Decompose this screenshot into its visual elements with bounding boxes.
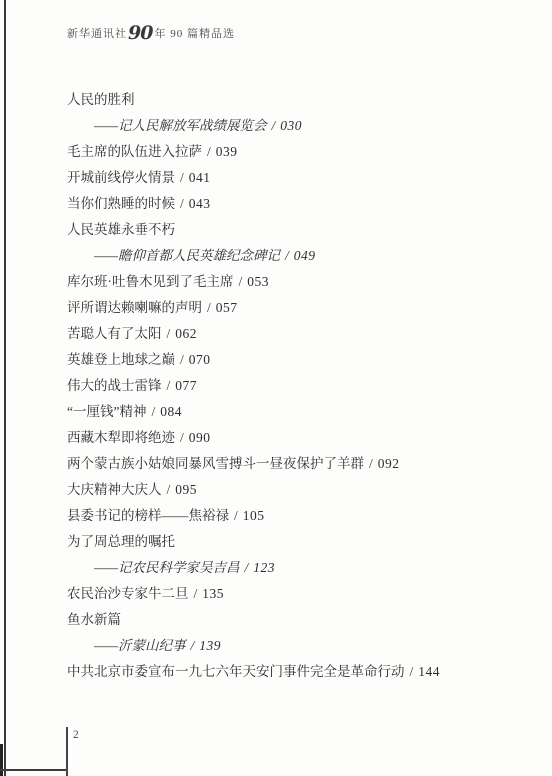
toc-entry-title: 两个蒙古族小姑娘同暴风雪搏斗一昼夜保护了羊群: [67, 456, 364, 471]
toc-entry-page-number: 139: [199, 638, 221, 653]
toc-entry-separator: /: [175, 196, 189, 211]
toc-entry-separator: [121, 612, 131, 627]
toc-entry: 中共北京市委宣布一九七六年天安门事件完全是革命行动/144: [67, 659, 440, 685]
running-header: 新华通讯社 90 年 90 篇精品选: [67, 22, 235, 44]
toc-entry-page-number: 053: [247, 274, 269, 289]
toc-entry-page-number: 092: [378, 456, 400, 471]
toc-entry-separator: /: [162, 378, 176, 393]
toc-entry-page-number: 105: [243, 508, 265, 523]
toc-entry: 英雄登上地球之巅/070: [67, 347, 440, 373]
toc-entry-page-number: 049: [294, 248, 316, 263]
toc-entry: 评所谓达赖喇嘛的声明/057: [67, 295, 440, 321]
toc-entry-title: ——沂蒙山纪事: [94, 638, 186, 653]
page-edge-line-left: [4, 0, 6, 776]
toc-entry: “一厘钱”精神/084: [67, 399, 440, 425]
toc-entry-title: 县委书记的榜样——焦裕禄: [67, 508, 229, 523]
toc-entry-page-number: 062: [175, 326, 197, 341]
toc-entry: ——记农民科学家吴吉昌/123: [67, 555, 440, 581]
toc-entry: 西藏木犁即将绝迹/090: [67, 425, 440, 451]
toc-entry-separator: [175, 534, 185, 549]
page-edge-line-bottom: [0, 769, 66, 771]
toc-entry-title: 中共北京市委宣布一九七六年天安门事件完全是革命行动: [67, 664, 405, 679]
toc-entry-title: 农民治沙专家牛二旦: [67, 586, 189, 601]
toc-entry-page-number: 039: [216, 144, 238, 159]
toc-entry-page-number: 084: [160, 404, 182, 419]
table-of-contents: 人民的胜利 ——记人民解放军战绩展览会/030 毛主席的队伍进入拉萨/039 开…: [67, 87, 440, 685]
toc-entry: 库尔班·吐鲁木见到了毛主席/053: [67, 269, 440, 295]
toc-entry-separator: /: [229, 508, 243, 523]
toc-entry-separator: /: [162, 482, 176, 497]
toc-entry: 开城前线停火情景/041: [67, 165, 440, 191]
folio-rule: [66, 727, 68, 776]
toc-entry-page-number: 043: [189, 196, 211, 211]
toc-entry-title: 毛主席的队伍进入拉萨: [67, 144, 202, 159]
toc-entry-page-number: 095: [175, 482, 197, 497]
toc-entry-title: 人民英雄永垂不朽: [67, 222, 175, 237]
toc-entry: 人民的胜利: [67, 87, 440, 113]
toc-entry-title: 西藏木犁即将绝迹: [67, 430, 175, 445]
toc-entry: ——沂蒙山纪事/139: [67, 633, 440, 659]
header-suffix: 年 90 篇精品选: [154, 25, 235, 41]
toc-entry-separator: [175, 222, 185, 237]
toc-entry: 鱼水新篇: [67, 607, 440, 633]
toc-entry-page-number: 057: [216, 300, 238, 315]
toc-entry-separator: /: [162, 326, 176, 341]
toc-entry-title: ——记人民解放军战绩展览会: [94, 118, 267, 133]
toc-entry-title: 开城前线停火情景: [67, 170, 175, 185]
toc-entry-page-number: 070: [189, 352, 211, 367]
publisher-name: 新华通讯社: [67, 25, 127, 41]
scanned-book-page: 新华通讯社 90 年 90 篇精品选 人民的胜利 ——记人民解放军战绩展览会/0…: [0, 0, 552, 776]
toc-entry: 大庆精神大庆人/095: [67, 477, 440, 503]
toc-entry-separator: [135, 92, 145, 107]
toc-entry-title: 苦聪人有了太阳: [67, 326, 162, 341]
toc-entry-page-number: 135: [202, 586, 224, 601]
toc-entry-page-number: 041: [189, 170, 211, 185]
toc-entry-page-number: 030: [280, 118, 302, 133]
toc-entry: 人民英雄永垂不朽: [67, 217, 440, 243]
toc-entry-title: 伟大的战士雷锋: [67, 378, 162, 393]
toc-entry-title: ——记农民科学家吴吉昌: [94, 560, 240, 575]
toc-entry: ——瞻仰首都人民英雄纪念碑记/049: [67, 243, 440, 269]
toc-entry-title: 人民的胜利: [67, 92, 135, 107]
toc-entry-separator: /: [186, 638, 200, 653]
toc-entry-page-number: 123: [253, 560, 275, 575]
toc-entry-title: “一厘钱”精神: [67, 404, 146, 419]
toc-entry-page-number: 144: [418, 664, 440, 679]
toc-entry-separator: /: [175, 430, 189, 445]
toc-entry-title: 英雄登上地球之巅: [67, 352, 175, 367]
toc-entry: 毛主席的队伍进入拉萨/039: [67, 139, 440, 165]
toc-entry-title: ——瞻仰首都人民英雄纪念碑记: [94, 248, 280, 263]
toc-entry-separator: /: [234, 274, 248, 289]
toc-entry-separator: /: [202, 300, 216, 315]
toc-entry-separator: /: [146, 404, 160, 419]
page-edge-shadow-bottom-left: [0, 744, 3, 776]
toc-entry-title: 库尔班·吐鲁木见到了毛主席: [67, 274, 234, 289]
toc-entry-separator: /: [240, 560, 254, 575]
toc-entry-separator: /: [267, 118, 281, 133]
toc-entry-separator: /: [175, 170, 189, 185]
toc-entry: 为了周总理的嘱托: [67, 529, 440, 555]
toc-entry-title: 为了周总理的嘱托: [67, 534, 175, 549]
toc-entry-separator: /: [202, 144, 216, 159]
toc-entry-title: 大庆精神大庆人: [67, 482, 162, 497]
toc-entry-page-number: 077: [175, 378, 197, 393]
toc-entry: 伟大的战士雷锋/077: [67, 373, 440, 399]
toc-entry-title: 当你们熟睡的时候: [67, 196, 175, 211]
toc-entry: ——记人民解放军战绩展览会/030: [67, 113, 440, 139]
toc-entry-title: 评所谓达赖喇嘛的声明: [67, 300, 202, 315]
toc-entry: 县委书记的榜样——焦裕禄/105: [67, 503, 440, 529]
toc-entry: 两个蒙古族小姑娘同暴风雪搏斗一昼夜保护了羊群/092: [67, 451, 440, 477]
toc-entry: 当你们熟睡的时候/043: [67, 191, 440, 217]
anniversary-90-logo: 90: [128, 24, 152, 43]
toc-entry: 农民治沙专家牛二旦/135: [67, 581, 440, 607]
toc-entry-title: 鱼水新篇: [67, 612, 121, 627]
toc-entry-separator: /: [175, 352, 189, 367]
toc-entry-separator: /: [405, 664, 419, 679]
toc-entry-separator: /: [364, 456, 378, 471]
folio-page-number: 2: [73, 729, 79, 741]
toc-entry-page-number: 090: [189, 430, 211, 445]
toc-entry: 苦聪人有了太阳/062: [67, 321, 440, 347]
toc-entry-separator: /: [280, 248, 294, 263]
toc-entry-separator: /: [189, 586, 203, 601]
